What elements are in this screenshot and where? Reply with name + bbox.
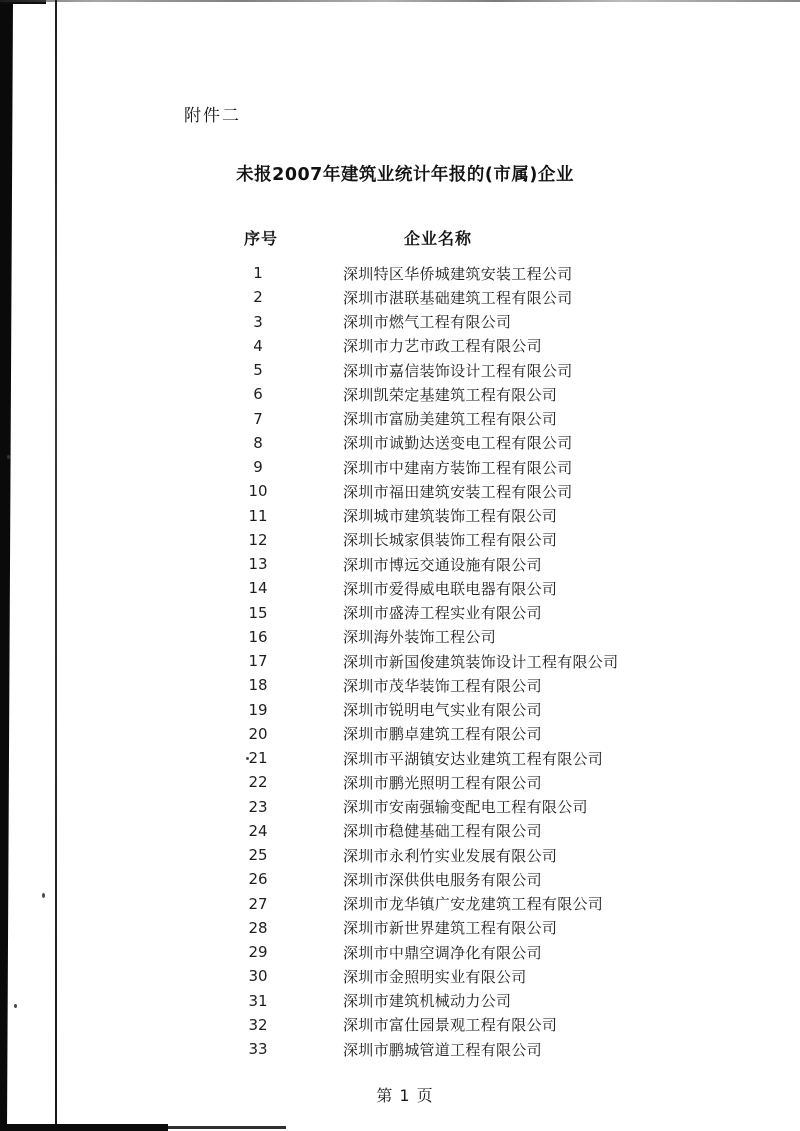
- table-row: 30深圳市金照明实业有限公司: [0, 964, 800, 988]
- table-row: 12深圳长城家俱装饰工程有限公司: [0, 528, 800, 552]
- table-row: 33深圳市鹏城管道工程有限公司: [0, 1037, 800, 1061]
- row-company-name: 深圳特区华侨城建筑安装工程公司: [343, 263, 573, 284]
- table-row: 25深圳市永利竹实业发展有限公司: [0, 843, 800, 867]
- row-company-name: 深圳市嘉信装饰设计工程有限公司: [343, 360, 573, 381]
- table-row: 32深圳市富仕园景观工程有限公司: [0, 1013, 800, 1037]
- row-company-name: 深圳市安南强输变配电工程有限公司: [343, 796, 588, 817]
- row-serial-number: 27: [236, 895, 280, 913]
- table-row: 14深圳市爱得威电联电器有限公司: [0, 576, 800, 600]
- page-number: 第 1 页: [0, 1083, 800, 1106]
- row-serial-number: 8: [236, 434, 280, 452]
- row-serial-number: 13: [236, 555, 280, 573]
- row-serial-number: 31: [236, 992, 280, 1010]
- table-row: 22深圳市鹏光照明工程有限公司: [0, 770, 800, 794]
- row-serial-number: 21: [236, 749, 280, 767]
- row-serial-number: 1: [236, 264, 280, 282]
- table-row: 31深圳市建筑机械动力公司: [0, 989, 800, 1013]
- row-company-name: 深圳市建筑机械动力公司: [343, 990, 511, 1011]
- row-company-name: 深圳市诚勤达送变电工程有限公司: [343, 432, 573, 453]
- row-company-name: 深圳市新国俊建筑装饰设计工程有限公司: [343, 651, 618, 672]
- row-serial-number: 24: [236, 822, 280, 840]
- row-company-name: 深圳市龙华镇广安龙建筑工程有限公司: [343, 893, 603, 914]
- row-company-name: 深圳长城家俱装饰工程有限公司: [343, 529, 557, 550]
- row-company-name: 深圳市燃气工程有限公司: [343, 311, 511, 332]
- row-company-name: 深圳市锐明电气实业有限公司: [343, 699, 542, 720]
- row-serial-number: 15: [236, 604, 280, 622]
- table-row: 29深圳市中鼎空调净化有限公司: [0, 940, 800, 964]
- scan-bottomleft-line: [168, 1126, 286, 1129]
- row-company-name: 深圳市鹏城管道工程有限公司: [343, 1039, 542, 1060]
- row-company-name: 深圳市中建南方装饰工程有限公司: [343, 457, 573, 478]
- row-company-name: 深圳市盛涛工程实业有限公司: [343, 602, 542, 623]
- attachment-label: 附件二: [184, 101, 241, 126]
- table-row: 7深圳市富励美建筑工程有限公司: [0, 407, 800, 431]
- table-row: 21深圳市平湖镇安达业建筑工程有限公司: [0, 746, 800, 770]
- table-row: 1深圳特区华侨城建筑安装工程公司: [0, 261, 800, 285]
- table-row: 27深圳市龙华镇广安龙建筑工程有限公司: [0, 892, 800, 916]
- row-company-name: 深圳市稳健基础工程有限公司: [343, 820, 542, 841]
- table-row: 5深圳市嘉信装饰设计工程有限公司: [0, 358, 800, 382]
- table-row: 8深圳市诚勤达送变电工程有限公司: [0, 431, 800, 455]
- row-serial-number: 12: [236, 531, 280, 549]
- row-company-name: 深圳凯荣定基建筑工程有限公司: [343, 384, 557, 405]
- table-row: 10深圳市福田建筑安装工程有限公司: [0, 479, 800, 503]
- row-company-name: 深圳市新世界建筑工程有限公司: [343, 917, 557, 938]
- table-row: 2深圳市湛联基础建筑工程有限公司: [0, 285, 800, 309]
- table-row: 23深圳市安南强输变配电工程有限公司: [0, 795, 800, 819]
- row-company-name: 深圳市博远交通设施有限公司: [343, 554, 542, 575]
- row-company-name: 深圳海外装饰工程公司: [343, 626, 496, 647]
- row-company-name: 深圳市永利竹实业发展有限公司: [343, 845, 557, 866]
- row-serial-number: 33: [236, 1040, 280, 1058]
- row-serial-number: 14: [236, 579, 280, 597]
- row-company-name: 深圳市力艺市政工程有限公司: [343, 335, 542, 356]
- table-row: 9深圳市中建南方装饰工程有限公司: [0, 455, 800, 479]
- row-serial-number: 18: [236, 676, 280, 694]
- scan-bottomleft-bar: [0, 1124, 168, 1131]
- row-serial-number: 17: [236, 652, 280, 670]
- row-company-name: 深圳市深供供电服务有限公司: [343, 869, 542, 890]
- table-row: 28深圳市新世界建筑工程有限公司: [0, 916, 800, 940]
- company-table: 1深圳特区华侨城建筑安装工程公司2深圳市湛联基础建筑工程有限公司3深圳市燃气工程…: [0, 261, 800, 1061]
- row-serial-number: 6: [236, 385, 280, 403]
- table-row: 11深圳城市建筑装饰工程有限公司: [0, 504, 800, 528]
- row-serial-number: 30: [236, 967, 280, 985]
- table-row: 19深圳市锐明电气实业有限公司: [0, 698, 800, 722]
- table-row: 17深圳市新国俊建筑装饰设计工程有限公司: [0, 649, 800, 673]
- row-serial-number: 16: [236, 628, 280, 646]
- table-row: 3深圳市燃气工程有限公司: [0, 310, 800, 334]
- column-header-serial: 序号: [244, 226, 278, 249]
- row-serial-number: 7: [236, 410, 280, 428]
- row-serial-number: 32: [236, 1016, 280, 1034]
- row-company-name: 深圳市富仕园景观工程有限公司: [343, 1014, 557, 1035]
- table-row: 6深圳凯荣定基建筑工程有限公司: [0, 382, 800, 406]
- row-serial-number: 28: [236, 919, 280, 937]
- row-company-name: 深圳市富励美建筑工程有限公司: [343, 408, 557, 429]
- row-company-name: 深圳市爱得威电联电器有限公司: [343, 578, 557, 599]
- row-serial-number: 22: [236, 773, 280, 791]
- row-serial-number: 2: [236, 288, 280, 306]
- row-company-name: 深圳市湛联基础建筑工程有限公司: [343, 287, 573, 308]
- row-company-name: 深圳市金照明实业有限公司: [343, 966, 527, 987]
- row-company-name: 深圳城市建筑装饰工程有限公司: [343, 505, 557, 526]
- row-serial-number: 9: [236, 458, 280, 476]
- row-serial-number: 3: [236, 313, 280, 331]
- row-serial-number: 23: [236, 798, 280, 816]
- row-company-name: 深圳市茂华装饰工程有限公司: [343, 675, 542, 696]
- row-serial-number: 4: [236, 337, 280, 355]
- table-row: 26深圳市深供供电服务有限公司: [0, 867, 800, 891]
- table-row: 4深圳市力艺市政工程有限公司: [0, 334, 800, 358]
- row-serial-number: 26: [236, 870, 280, 888]
- document-title: 未报2007年建筑业统计年报的(市属)企业: [0, 161, 800, 186]
- table-row: 16深圳海外装饰工程公司: [0, 625, 800, 649]
- table-row: 20深圳市鹏卓建筑工程有限公司: [0, 722, 800, 746]
- row-serial-number: 19: [236, 701, 280, 719]
- table-row: 15深圳市盛涛工程实业有限公司: [0, 601, 800, 625]
- row-company-name: 深圳市福田建筑安装工程有限公司: [343, 481, 573, 502]
- row-serial-number: 5: [236, 361, 280, 379]
- table-row: 18深圳市茂华装饰工程有限公司: [0, 673, 800, 697]
- row-serial-number: 11: [236, 507, 280, 525]
- row-serial-number: 25: [236, 846, 280, 864]
- row-serial-number: 29: [236, 943, 280, 961]
- row-company-name: 深圳市鹏卓建筑工程有限公司: [343, 723, 542, 744]
- table-row: 13深圳市博远交通设施有限公司: [0, 552, 800, 576]
- column-header-company: 企业名称: [404, 226, 472, 249]
- table-row: 24深圳市稳健基础工程有限公司: [0, 819, 800, 843]
- row-serial-number: 10: [236, 482, 280, 500]
- row-company-name: 深圳市平湖镇安达业建筑工程有限公司: [343, 748, 603, 769]
- scan-top-edge-line: [0, 0, 800, 2]
- row-serial-number: 20: [236, 725, 280, 743]
- row-company-name: 深圳市鹏光照明工程有限公司: [343, 772, 542, 793]
- row-company-name: 深圳市中鼎空调净化有限公司: [343, 942, 542, 963]
